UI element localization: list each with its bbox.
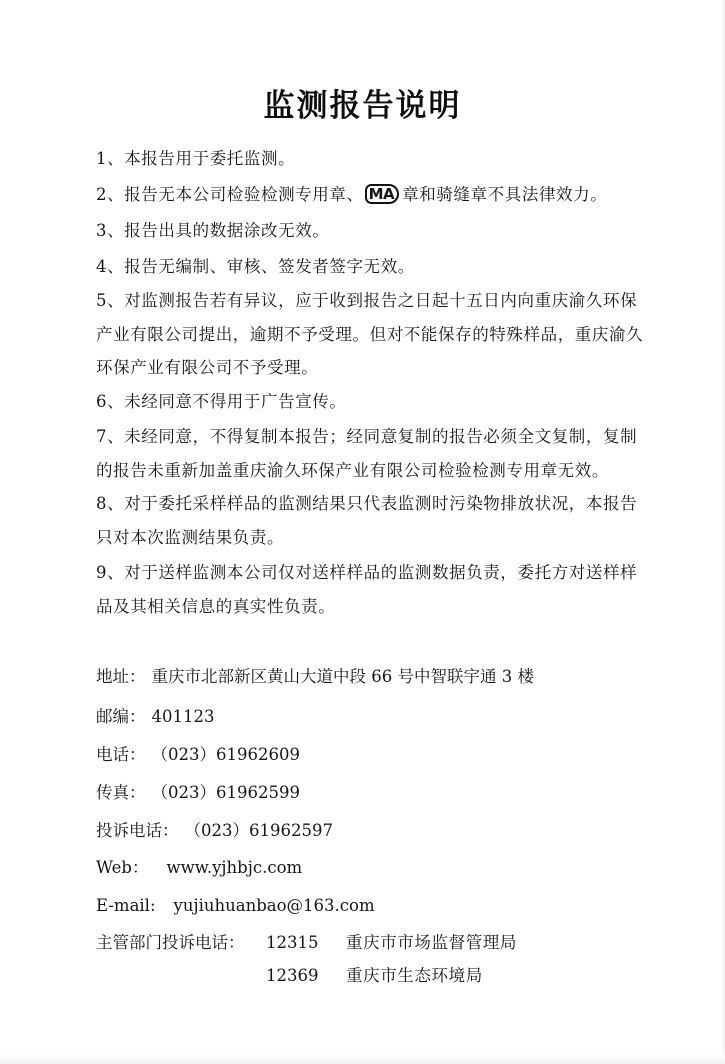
contact-complaint-phone: 投诉电话：（023）61962597: [96, 820, 333, 842]
email-value: yujiuhuanbao@163.com: [174, 895, 375, 917]
authority-number-1: 12315: [266, 932, 319, 954]
web-label: Web：: [96, 857, 148, 879]
document-page: 监测报告说明 1、本报告用于委托监测。 2、报告无本公司检验检测专用章、MA章和…: [0, 0, 725, 1064]
address-value: 重庆市北部新区黄山大道中段 66 号中智联宇通 3 楼: [152, 666, 534, 688]
note-8-line-1: 8、对于委托采样样品的监测结果只代表监测时污染物排放状况，本报告: [96, 493, 637, 515]
authority-label: 主管部门投诉电话：: [96, 932, 245, 954]
authority-name-1: 重庆市市场监督管理局: [346, 932, 517, 954]
web-value: www.yjhbjc.com: [166, 857, 302, 879]
contact-web: Web：www.yjhbjc.com: [96, 857, 302, 879]
note-2-text-after: 章和骑缝章不具法律效力。: [402, 185, 607, 204]
address-label: 地址：: [96, 666, 146, 688]
contact-authority-label: 主管部门投诉电话：: [96, 932, 245, 954]
note-3: 3、报告出具的数据涂改无效。: [96, 220, 329, 242]
cma-stamp-icon: MA: [365, 184, 400, 204]
phone-label: 电话：: [96, 744, 146, 766]
contact-email: E-mail:yujiuhuanbao@163.com: [96, 895, 375, 917]
note-4: 4、报告无编制、审核、签发者签字无效。: [96, 256, 415, 278]
contact-phone: 电话：（023）61962609: [96, 744, 300, 766]
note-9-line-1: 9、对于送样监测本公司仅对送样样品的监测数据负责，委托方对送样样: [96, 562, 637, 584]
note-2-text-before: 2、报告无本公司检验检测专用章、: [96, 185, 364, 204]
note-5-line-1: 5、对监测报告若有异议，应于收到报告之日起十五日内向重庆渝久环保: [96, 290, 637, 312]
note-1: 1、本报告用于委托监测。: [96, 148, 295, 170]
email-label: E-mail:: [96, 895, 156, 917]
note-7-line-2: 的报告未重新加盖重庆渝久环保产业有限公司检验检测专用章无效。: [96, 460, 609, 482]
note-5-line-3: 环保产业有限公司不予受理。: [96, 357, 318, 379]
contact-fax: 传真：（023）61962599: [96, 782, 300, 804]
complaint-phone-value: （023）61962597: [185, 820, 333, 842]
authority-name-2: 重庆市生态环境局: [346, 965, 483, 987]
note-6: 6、未经同意不得用于广告宣传。: [96, 391, 347, 413]
document-title: 监测报告说明: [0, 80, 725, 125]
note-7-line-1: 7、未经同意，不得复制本报告；经同意复制的报告必须全文复制，复制: [96, 426, 637, 448]
contact-postcode: 邮编：401123: [96, 706, 215, 728]
note-5-line-2: 产业有限公司提出，逾期不予受理。但对不能保存的特殊样品，重庆渝久: [96, 324, 643, 346]
postcode-label: 邮编：: [96, 706, 146, 728]
scan-bottom-shadow: [0, 1054, 725, 1064]
phone-value: （023）61962609: [152, 744, 300, 766]
authority-number-2: 12369: [266, 965, 319, 987]
note-2: 2、报告无本公司检验检测专用章、MA章和骑缝章不具法律效力。: [96, 184, 607, 206]
contact-address: 地址：重庆市北部新区黄山大道中段 66 号中智联宇通 3 楼: [96, 666, 534, 688]
fax-value: （023）61962599: [152, 782, 300, 804]
note-8-line-2: 只对本次监测结果负责。: [96, 527, 284, 549]
fax-label: 传真：: [96, 782, 146, 804]
postcode-value: 401123: [152, 706, 215, 728]
note-9-line-2: 品及其相关信息的真实性负责。: [96, 596, 335, 618]
complaint-phone-label: 投诉电话：: [96, 820, 179, 842]
